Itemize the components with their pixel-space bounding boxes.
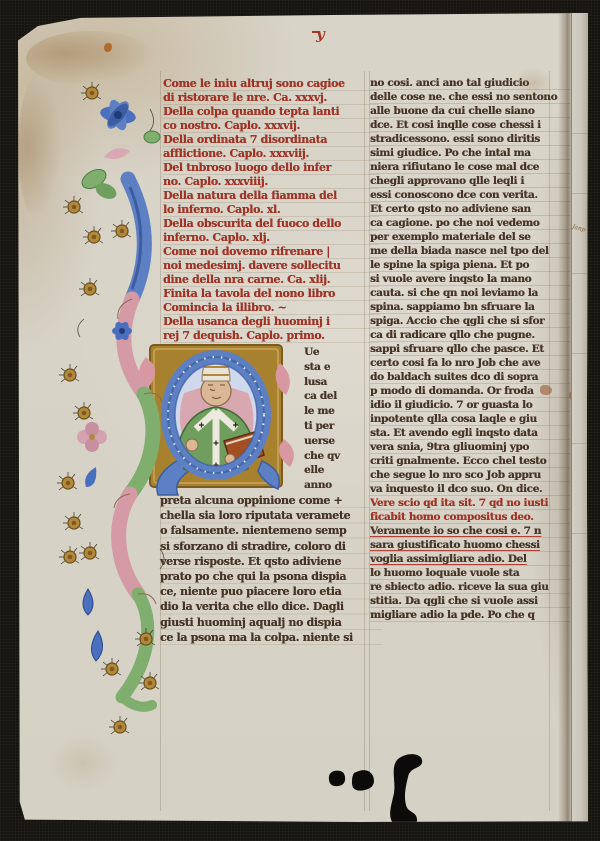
text-line: niera rifiutano le cose mal dce — [370, 160, 570, 174]
text-line: re sbiecto adio. riceve la sua giu — [370, 580, 570, 594]
text-line: idio il giudicio. 7 or guasta lo — [370, 398, 570, 412]
rubric-line: Come noi dovemo rifrenare | — [163, 245, 379, 259]
text-line: si vuole avere inqsto la mano — [370, 272, 570, 286]
text-line: alle buone da cui chelle siano — [370, 104, 570, 118]
text-line: Ue — [304, 345, 380, 360]
text-line: ca del — [304, 389, 380, 404]
parchment-stain — [48, 733, 118, 793]
text-line: ficabit homo compositus deo. — [370, 510, 570, 524]
text-line: che segue lo nro sco Job appru — [370, 468, 570, 482]
rubric-line: Della usanca degli huominj i — [163, 315, 379, 329]
text-line: ca di radicare qllo che pugne. — [370, 328, 570, 342]
text-line: stradicessono. essi sono diritis — [370, 132, 570, 146]
floral-border-icon — [60, 79, 180, 734]
text-line: che qv — [304, 449, 380, 464]
text-line: inpotente qlla cosa laqle e giu — [370, 412, 570, 426]
text-line: stitia. Da qgli che si vuole assi — [370, 594, 570, 608]
rubric-line: Finita la tavola del nono libro — [163, 287, 379, 301]
quire-mark: y — [312, 25, 325, 43]
text-line: Et certo qsto no adiviene san — [370, 202, 570, 216]
rubric-line: noi medesimj. davere sollecitu — [163, 259, 379, 273]
text-line: voglia assimigliare adio. Del — [370, 552, 570, 566]
left-column-body: preta alcuna oppinione come +chella sia … — [160, 493, 382, 645]
text-line: le spine la spiga piena. Et po — [370, 258, 570, 272]
text-line: dce. Et cosi inqlle cose chessi i — [370, 118, 570, 132]
text-line: per exemplo materiale del se — [370, 230, 570, 244]
text-line: spina. sappiamo bn sfruare la — [370, 300, 570, 314]
left-column-rubric: Come le iniu altruj sono cagioedi ristor… — [163, 77, 379, 343]
text-line: o falsamente. nientemeno semp — [160, 523, 382, 538]
text-line: chella sia loro riputata veramete — [160, 508, 382, 523]
rubric-line: inferno. Caplo. xlj. — [163, 231, 379, 245]
text-line: cauta. si che qn noi leviamo la — [370, 286, 570, 300]
text-line: ca cagione. po che noi vedemo — [370, 216, 570, 230]
text-line: spiga. Accio che qgli che si sfor — [370, 314, 570, 328]
text-line: sara giustificato huomo chessi — [370, 538, 570, 552]
text-line: verse risposte. Et qsto adiviene — [160, 554, 382, 569]
text-line: dio la verita che ello dice. Dagli — [160, 599, 382, 614]
text-line: anno — [304, 478, 380, 493]
rubric-line: Della obscurita del fuoco dello — [163, 217, 379, 231]
text-line: ce, niente puo piacere loro etia — [160, 584, 382, 599]
text-line: Veramente io so che cosi e. 7 n — [370, 524, 570, 538]
photo-background: y Come le iniu altruj sono cagioedi rist… — [0, 0, 600, 841]
quire-mark-letter: y — [316, 25, 325, 43]
initial-side-text: Uesta elusaca delle meti peruerseche qve… — [304, 345, 380, 493]
parchment-stain — [18, 73, 63, 223]
text-line: elle — [304, 463, 380, 478]
ink-blot-icon — [318, 749, 450, 831]
rubric-line: co nostro. Caplo. xxxvij. — [163, 119, 379, 133]
text-line: me della biada nasce nel tpo del — [370, 244, 570, 258]
text-line: prato po che qui la psona dispia — [160, 569, 382, 584]
rubric-line: di ristorare le nre. Ca. xxxvj. — [163, 91, 379, 105]
rubric-line: rej 7 dequish. Caplo. primo. — [163, 329, 379, 343]
text-line: preta alcuna oppinione come + — [160, 493, 382, 508]
text-line: le me — [304, 404, 380, 419]
text-line: simi giudice. Po che intal ma — [370, 146, 570, 160]
text-line: giusti huominj aqualj no dispia — [160, 615, 382, 630]
text-line: ti per — [304, 419, 380, 434]
parchment-stain — [26, 31, 156, 86]
text-line: sta. Et avendo egli inqsto data — [370, 426, 570, 440]
text-line: no cosi. anci ano tal giudicio — [370, 76, 570, 90]
rubric-line: Come le iniu altruj sono cagioe — [163, 77, 379, 91]
manuscript-page: y Come le iniu altruj sono cagioedi rist… — [18, 13, 588, 822]
text-line: ce la psona ma la colpa. niente si — [160, 630, 382, 645]
text-line: essi conoscono dce con verita. — [370, 188, 570, 202]
adjacent-folio-edge — [571, 13, 588, 822]
rubric-line: Del tnbroso luogo dello infer — [163, 161, 379, 175]
text-line: delle cose ne. che essi no sentono — [370, 90, 570, 104]
text-line: uerse — [304, 434, 380, 449]
text-line: Vere scio qd ita sit. 7 qd no iusti — [370, 496, 570, 510]
rubric-line: no. Caplo. xxxviiij. — [163, 175, 379, 189]
text-line: do baldach suites dco di sopra — [370, 370, 570, 384]
text-line: sta e — [304, 360, 380, 375]
rubric-line: afflictione. Caplo. xxxviij. — [163, 147, 379, 161]
text-line: sappi sfruare qllo che pasce. Et — [370, 342, 570, 356]
text-line: certo cosi fa lo nro Job che ave — [370, 356, 570, 370]
text-line: si sforzano di stradire, coloro di — [160, 539, 382, 554]
text-line: p modo di domanda. Or froda — [370, 384, 570, 398]
rubric-line: dine della nra carne. Ca. xlij. — [163, 273, 379, 287]
rubric-line: Della colpa quando tepta lanti — [163, 105, 379, 119]
text-line: criti gnalmente. Ecco chel testo — [370, 454, 570, 468]
text-line: chegli approvano qlle leqli i — [370, 174, 570, 188]
parchment-speck — [104, 43, 112, 52]
rubric-line: Comincia la illibro. ~ — [163, 301, 379, 315]
rubric-line: Della ordinata 7 disordinata — [163, 133, 379, 147]
page-fold — [558, 13, 572, 822]
text-line: va inquesto il dco suo. On dice. — [370, 482, 570, 496]
right-column: no cosi. anci ano tal giudiciodelle cose… — [370, 76, 570, 622]
rubric-line: Della natura della fiamma del — [163, 189, 379, 203]
text-line: lusa — [304, 375, 380, 390]
text-line: migliare adio la pde. Po che q — [370, 608, 570, 622]
rubric-line: lo inferno. Caplo. xl. — [163, 203, 379, 217]
text-line: lo huomo loquale vuole sta — [370, 566, 570, 580]
text-line: vera snia, 9tra gliuominj ypo — [370, 440, 570, 454]
